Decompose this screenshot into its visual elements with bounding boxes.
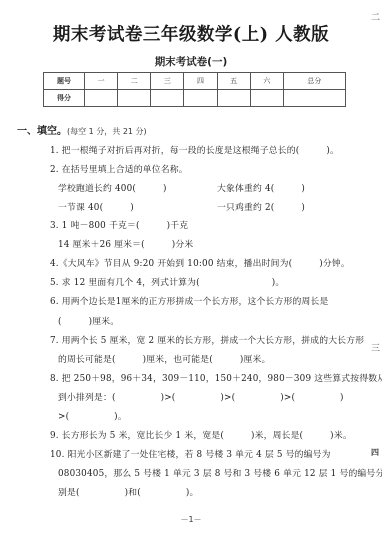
score-cell	[151, 90, 184, 107]
question-7b: 的周长可能是( )厘米，也可能是( )厘米。	[58, 352, 270, 365]
margin-mark-4: 四	[371, 447, 379, 458]
question-6a: 6. 用两个边长是1厘米的正方形拼成一个长方形，这个长方形的周长是	[50, 294, 329, 307]
question-9: 9. 长方形长为 5 米，宽比长少 1 米，宽是( )米，周长是( )米。	[50, 428, 352, 441]
header-cell: 四	[184, 73, 217, 90]
question-3a: 3. 1 吨－800 千克＝( )千克	[50, 218, 188, 231]
section-note: (每空 1 分，共 21 分)	[67, 127, 147, 136]
header-cell: 题号	[44, 73, 85, 90]
score-cell	[250, 90, 283, 107]
score-table: 题号 一 二 三 四 五 六 总分 得分	[43, 72, 346, 107]
score-cell	[85, 90, 118, 107]
question-5: 5. 求 12 里面有几个 4，列式计算为( )。	[50, 275, 284, 288]
page-number: －1－	[0, 514, 382, 525]
header-cell: 二	[118, 73, 151, 90]
question-7a: 7. 用两个长 5 厘米，宽 2 厘米的长方形，拼成一个大长方形，拼成的大长方形	[50, 333, 364, 346]
question-2a: 学校跑道长约 400( )	[58, 181, 167, 194]
question-1: 1. 把一根绳子对折后再对折，每一段的长度是这根绳子总长的( )。	[50, 143, 339, 156]
question-6b: ( )厘米。	[58, 314, 119, 327]
margin-mark-2: 二	[371, 10, 380, 23]
question-10b: 08030405，那么 5 号楼 1 单元 3 层 8 号和 3 号楼 6 单元…	[58, 466, 382, 479]
header-cell: 五	[217, 73, 250, 90]
header-cell: 一	[85, 73, 118, 90]
question-10a: 10. 阳光小区新建了一处住宅楼，若 8 号楼 3 单元 4 层 5 号的编号为	[50, 447, 331, 460]
question-8b: 到小排列是：( )>( )>( )>( )	[58, 390, 344, 403]
score-table-score-row: 得分	[44, 90, 346, 107]
question-4: 4.《大风车》节目从 9:20 开始到 10:00 结束，播出时间为( )分钟。	[50, 256, 350, 269]
question-3b: 14 厘米＋26 厘米＝( )分米	[58, 237, 193, 250]
score-cell	[217, 90, 250, 107]
section-title: 一、填空。	[17, 126, 67, 137]
question-2d: 一只鸡重约 2( )	[217, 200, 305, 213]
header-cell: 总分	[283, 73, 345, 90]
question-2: 2. 在括号里填上合适的单位名称。	[50, 162, 188, 175]
exam-subtitle: 期末考试卷(一)	[0, 54, 382, 69]
row-label: 得分	[44, 90, 85, 107]
question-8c: >( )。	[58, 409, 127, 422]
question-2b: 大象体重约 4( )	[217, 181, 305, 194]
question-2c: 一节课 40( )	[58, 200, 134, 213]
page-title: 期末考试卷三年级数学(上) 人教版	[0, 21, 382, 46]
score-cell	[118, 90, 151, 107]
score-table-header-row: 题号 一 二 三 四 五 六 总分	[44, 73, 346, 90]
header-cell: 六	[250, 73, 283, 90]
header-cell: 三	[151, 73, 184, 90]
margin-mark-3: 三	[371, 341, 380, 354]
section-heading: 一、填空。(每空 1 分，共 21 分)	[17, 122, 147, 137]
score-cell	[184, 90, 217, 107]
score-cell	[283, 90, 345, 107]
question-8a: 8. 把 250＋98，96＋34，309－110，150＋240，980－30…	[50, 371, 382, 384]
question-10c: 别是( )和( )。	[58, 485, 199, 498]
